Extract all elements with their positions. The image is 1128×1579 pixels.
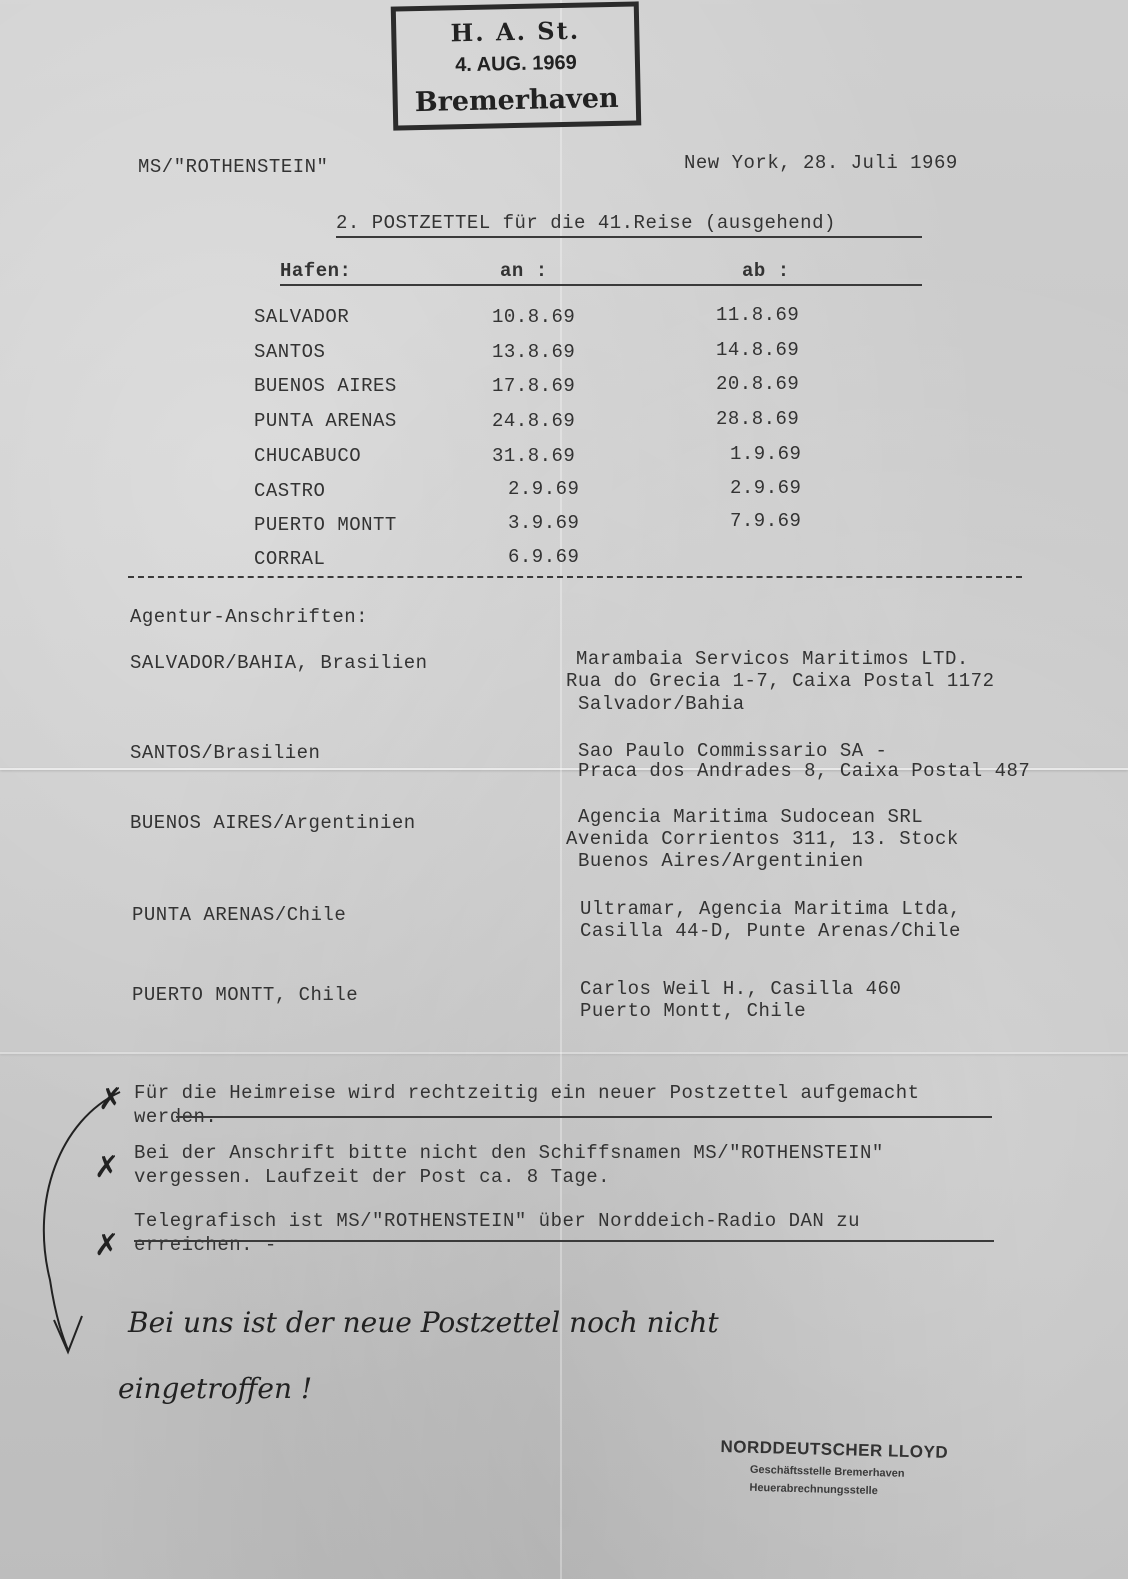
port-name: CHUCABUCO: [254, 445, 361, 467]
section-divider: [128, 576, 1022, 578]
arrive-date: 13.8.69: [492, 341, 575, 363]
depart-date: 11.8.69: [716, 304, 799, 326]
agency-address-line: Casilla 44-D, Punte Arenas/Chile: [580, 920, 961, 942]
stamp-date: 4. AUG. 1969: [397, 51, 635, 79]
agency-address-line: Sao Paulo Commissario SA -: [578, 740, 887, 762]
depart-date: 7.9.69: [730, 510, 801, 532]
received-stamp: H. A. St. 4. AUG. 1969 Bremerhaven: [391, 1, 642, 130]
port-name: CASTRO: [254, 480, 325, 502]
port-name: PUNTA ARENAS: [254, 410, 397, 432]
arrive-date: 24.8.69: [492, 410, 575, 432]
arrive-date: 31.8.69: [492, 445, 575, 467]
document-title: 2. POSTZETTEL für die 41.Reise (ausgehen…: [336, 212, 836, 234]
depart-date: 2.9.69: [730, 477, 801, 499]
agency-location: PUNTA ARENAS/Chile: [132, 904, 346, 926]
arrive-date: 6.9.69: [508, 546, 579, 568]
agency-address-line: Puerto Montt, Chile: [580, 1000, 806, 1022]
depart-date: 1.9.69: [730, 443, 801, 465]
note-line: Telegrafisch ist MS/"ROTHENSTEIN" über N…: [134, 1210, 860, 1232]
agency-location: BUENOS AIRES/Argentinien: [130, 812, 416, 834]
arrive-date: 17.8.69: [492, 375, 575, 397]
port-name: CORRAL: [254, 548, 325, 570]
agencies-heading: Agentur-Anschriften:: [130, 606, 368, 628]
arrive-date: 2.9.69: [508, 478, 579, 500]
port-name: BUENOS AIRES: [254, 375, 397, 397]
handwritten-underline: [176, 1116, 992, 1118]
agency-address-line: Rua do Grecia 1-7, Caixa Postal 1172: [566, 670, 994, 692]
handwritten-underline: [134, 1240, 994, 1242]
agency-address-line: Avenida Corrientos 311, 13. Stock: [566, 828, 959, 850]
title-underline: [336, 236, 922, 238]
agency-address-line: Carlos Weil H., Casilla 460: [580, 978, 901, 1000]
agency-address-line: Marambaia Servicos Maritimos LTD.: [576, 648, 969, 670]
port-name: SANTOS: [254, 341, 325, 363]
col-header-port: Hafen:: [280, 260, 351, 282]
handwritten-note-line: Bei uns ist der neue Postzettel noch nic…: [128, 1306, 719, 1339]
agency-location: SANTOS/Brasilien: [130, 742, 320, 764]
agency-address-line: Salvador/Bahia: [578, 693, 745, 715]
agency-location: SALVADOR/BAHIA, Brasilien: [130, 652, 428, 674]
company-department: Heuerabrechnungsstelle: [749, 1482, 947, 1499]
agency-address-line: Ultramar, Agencia Maritima Ltda,: [580, 898, 961, 920]
port-name: PUERTO MONTT: [254, 514, 397, 536]
col-header-depart: ab :: [742, 260, 790, 282]
stamp-office: H. A. St.: [396, 15, 635, 49]
depart-date: 20.8.69: [716, 373, 799, 395]
company-stamp: NORDDEUTSCHER LLOYD Geschäftsstelle Brem…: [719, 1437, 948, 1499]
col-header-arrive: an :: [500, 260, 548, 282]
arrive-date: 3.9.69: [508, 512, 579, 534]
note-line: vergessen. Laufzeit der Post ca. 8 Tage.: [134, 1166, 610, 1188]
port-name: SALVADOR: [254, 306, 349, 328]
depart-date: 28.8.69: [716, 408, 799, 430]
place-date: New York, 28. Juli 1969: [684, 152, 958, 174]
ship-name: MS/"ROTHENSTEIN": [138, 156, 328, 178]
note-line: Für die Heimreise wird rechtzeitig ein n…: [134, 1082, 920, 1104]
arrive-date: 10.8.69: [492, 306, 575, 328]
note-line: Bei der Anschrift bitte nicht den Schiff…: [134, 1142, 884, 1164]
handwritten-arrow-icon: [20, 1080, 130, 1360]
agency-address-line: Agencia Maritima Sudocean SRL: [578, 806, 923, 828]
agency-location: PUERTO MONTT, Chile: [132, 984, 358, 1006]
agency-address-line: Praca dos Andrades 8, Caixa Postal 487: [578, 760, 1030, 782]
company-name: NORDDEUTSCHER LLOYD: [720, 1437, 948, 1463]
paper-fold: [0, 1052, 1128, 1054]
handwritten-note-line: eingetroffen !: [118, 1372, 312, 1405]
stamp-city: Bremerhaven: [397, 83, 636, 119]
company-office: Geschäftsstelle Bremerhaven: [750, 1464, 948, 1481]
header-underline: [280, 284, 922, 286]
note-line: erreichen. -: [134, 1234, 277, 1256]
depart-date: 14.8.69: [716, 339, 799, 361]
agency-address-line: Buenos Aires/Argentinien: [578, 850, 864, 872]
